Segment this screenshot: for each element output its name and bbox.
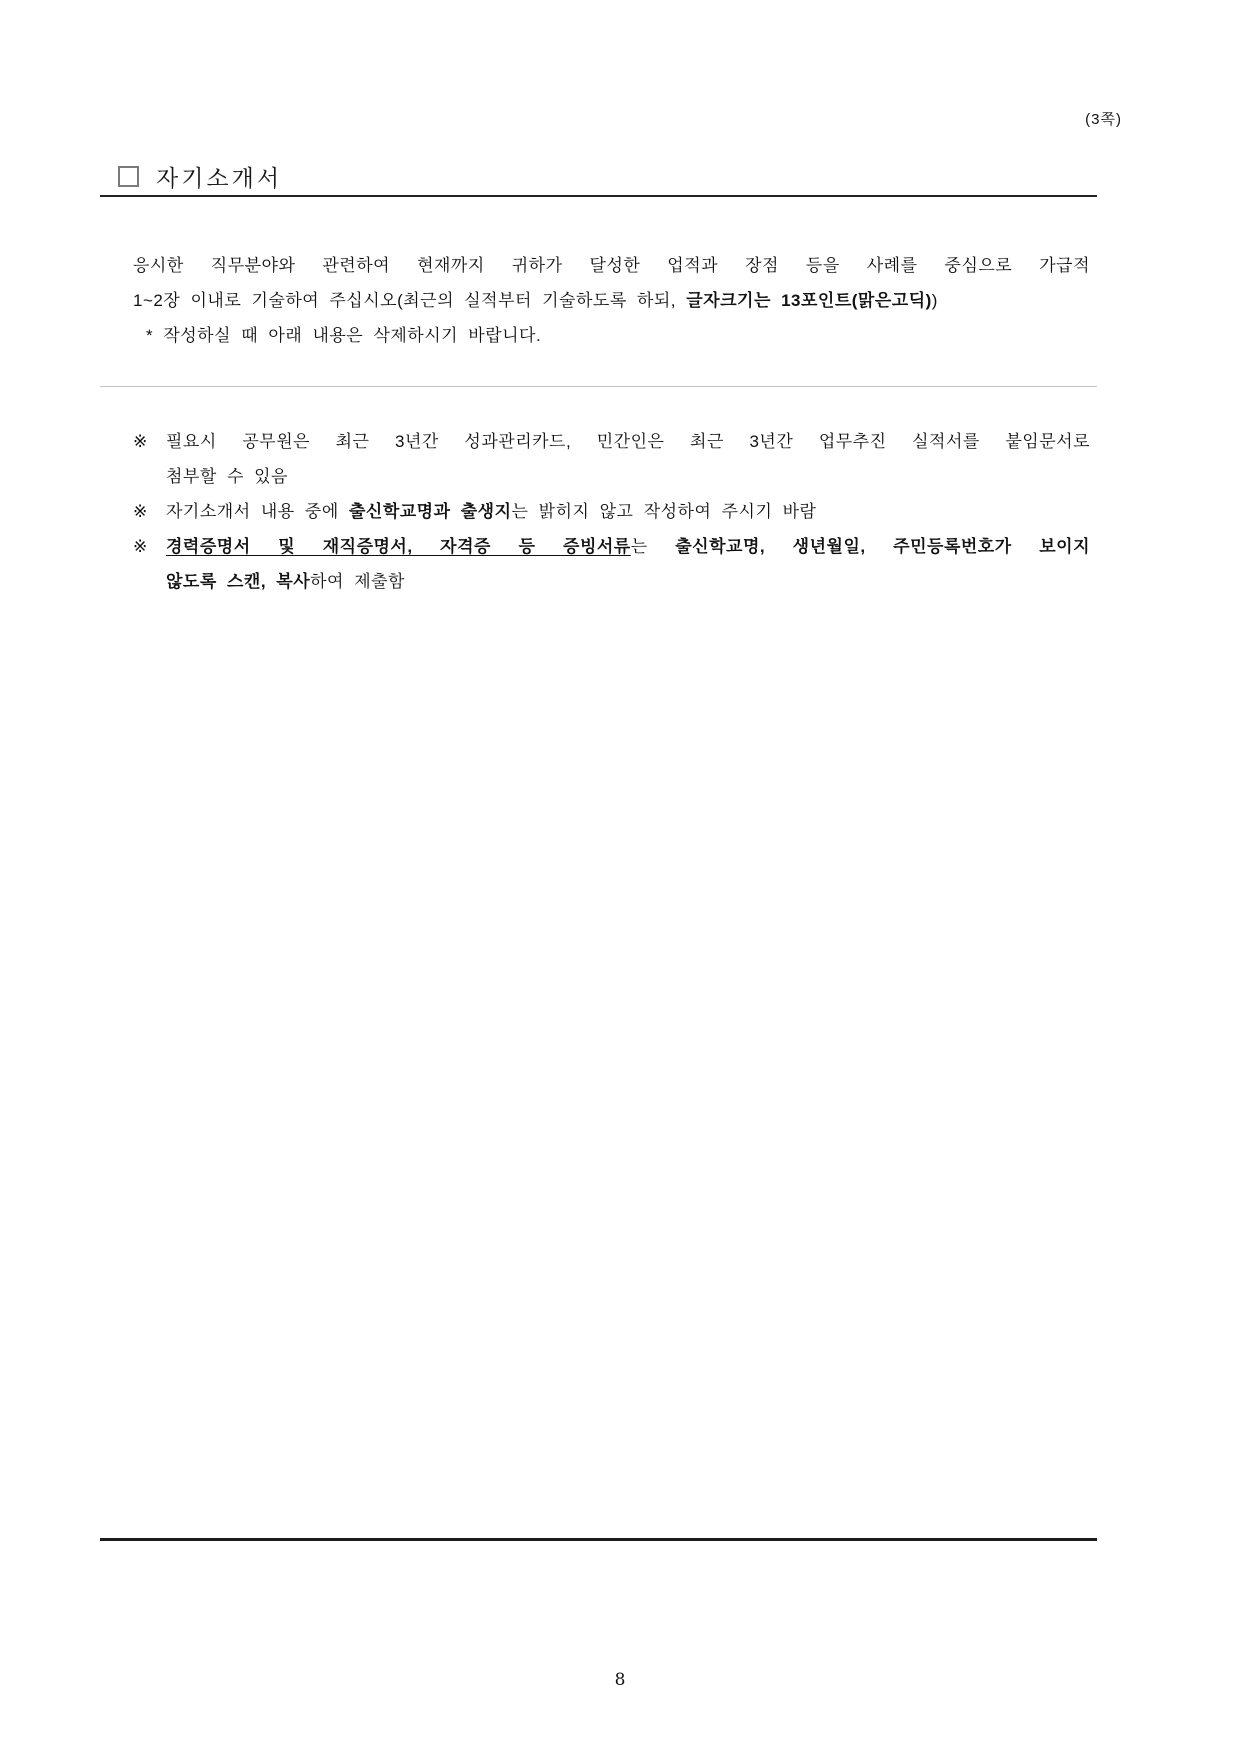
section-title: 자기소개서	[118, 160, 282, 193]
reference-mark-icon: ※	[133, 494, 166, 529]
checkbox-icon	[118, 166, 139, 187]
intro-line-2-text: 1~2장 이내로 기술하여 주십시오(최근의 실적부터 기술하도록 하되,	[133, 291, 686, 310]
notice-item-2-bold: 출신학교명과 출생지	[349, 502, 512, 521]
notice-item-2-line-1: 자기소개서 내용 중에 출신학교명과 출생지는 밝히지 않고 작성하여 주시기 …	[166, 494, 1090, 529]
notice-item-3: ※ 경력증명서 및 재직증명서, 자격증 등 증빙서류는 출신학교명, 생년월일…	[133, 529, 1090, 599]
notice-item-1-line-2: 첨부할 수 있음	[166, 459, 1090, 494]
intro-note: * 작성하실 때 아래 내용은 삭제하시기 바랍니다.	[133, 318, 1090, 353]
notice-item-2-text: 자기소개서 내용 중에 출신학교명과 출생지는 밝히지 않고 작성하여 주시기 …	[166, 494, 1090, 529]
notice-item-1-text: 필요시 공무원은 최근 3년간 성과관리카드, 민간인은 최근 3년간 업무추진…	[166, 424, 1090, 494]
notice-item-1-line-1: 필요시 공무원은 최근 3년간 성과관리카드, 민간인은 최근 3년간 업무추진…	[166, 424, 1090, 459]
notice-item-3-bold-tail: 출신학교명, 생년월일, 주민등록번호가 보이지	[675, 537, 1090, 556]
title-divider	[100, 195, 1097, 197]
reference-mark-icon: ※	[133, 424, 166, 459]
notice-item-2: ※ 자기소개서 내용 중에 출신학교명과 출생지는 밝히지 않고 작성하여 주시…	[133, 494, 1090, 529]
notice-item-2-pre: 자기소개서 내용 중에	[166, 502, 349, 521]
intro-paragraph: 응시한 직무분야와 관련하여 현재까지 귀하가 달성한 업적과 장점 등을 사례…	[133, 248, 1090, 353]
reference-mark-icon: ※	[133, 529, 166, 564]
notice-item-1: ※ 필요시 공무원은 최근 3년간 성과관리카드, 민간인은 최근 3년간 업무…	[133, 424, 1090, 494]
intro-line-1: 응시한 직무분야와 관련하여 현재까지 귀하가 달성한 업적과 장점 등을 사례…	[133, 248, 1090, 283]
section-divider	[100, 386, 1097, 387]
notice-item-3-line-1: 경력증명서 및 재직증명서, 자격증 등 증빙서류는 출신학교명, 생년월일, …	[166, 529, 1090, 564]
notice-item-3-bold-head: 않도록 스캔, 복사	[166, 572, 310, 591]
notice-item-3-line-2: 않도록 스캔, 복사하여 제출함	[166, 564, 1090, 599]
document-page: (3쪽) 자기소개서 응시한 직무분야와 관련하여 현재까지 귀하가 달성한 업…	[0, 0, 1240, 1754]
notice-item-3-post: 하여 제출함	[310, 572, 405, 591]
intro-line-2: 1~2장 이내로 기술하여 주십시오(최근의 실적부터 기술하도록 하되, 글자…	[133, 283, 1090, 318]
notice-item-3-mid: 는	[631, 537, 676, 556]
notice-item-2-post: 는 밝히지 않고 작성하여 주시기 바람	[512, 502, 817, 521]
footer-divider	[100, 1538, 1097, 1541]
notice-item-3-underlined: 경력증명서 및 재직증명서, 자격증 등 증빙서류	[166, 537, 631, 556]
notice-list: ※ 필요시 공무원은 최근 3년간 성과관리카드, 민간인은 최근 3년간 업무…	[133, 424, 1090, 599]
notice-item-3-text: 경력증명서 및 재직증명서, 자격증 등 증빙서류는 출신학교명, 생년월일, …	[166, 529, 1090, 599]
page-number: 8	[0, 1670, 1240, 1690]
page-marker: (3쪽)	[1085, 108, 1122, 129]
intro-line-2-close: )	[932, 291, 938, 310]
section-title-label: 자기소개서	[156, 160, 282, 193]
intro-line-2-bold: 글자크기는 13포인트(맑은고딕)	[686, 291, 932, 310]
